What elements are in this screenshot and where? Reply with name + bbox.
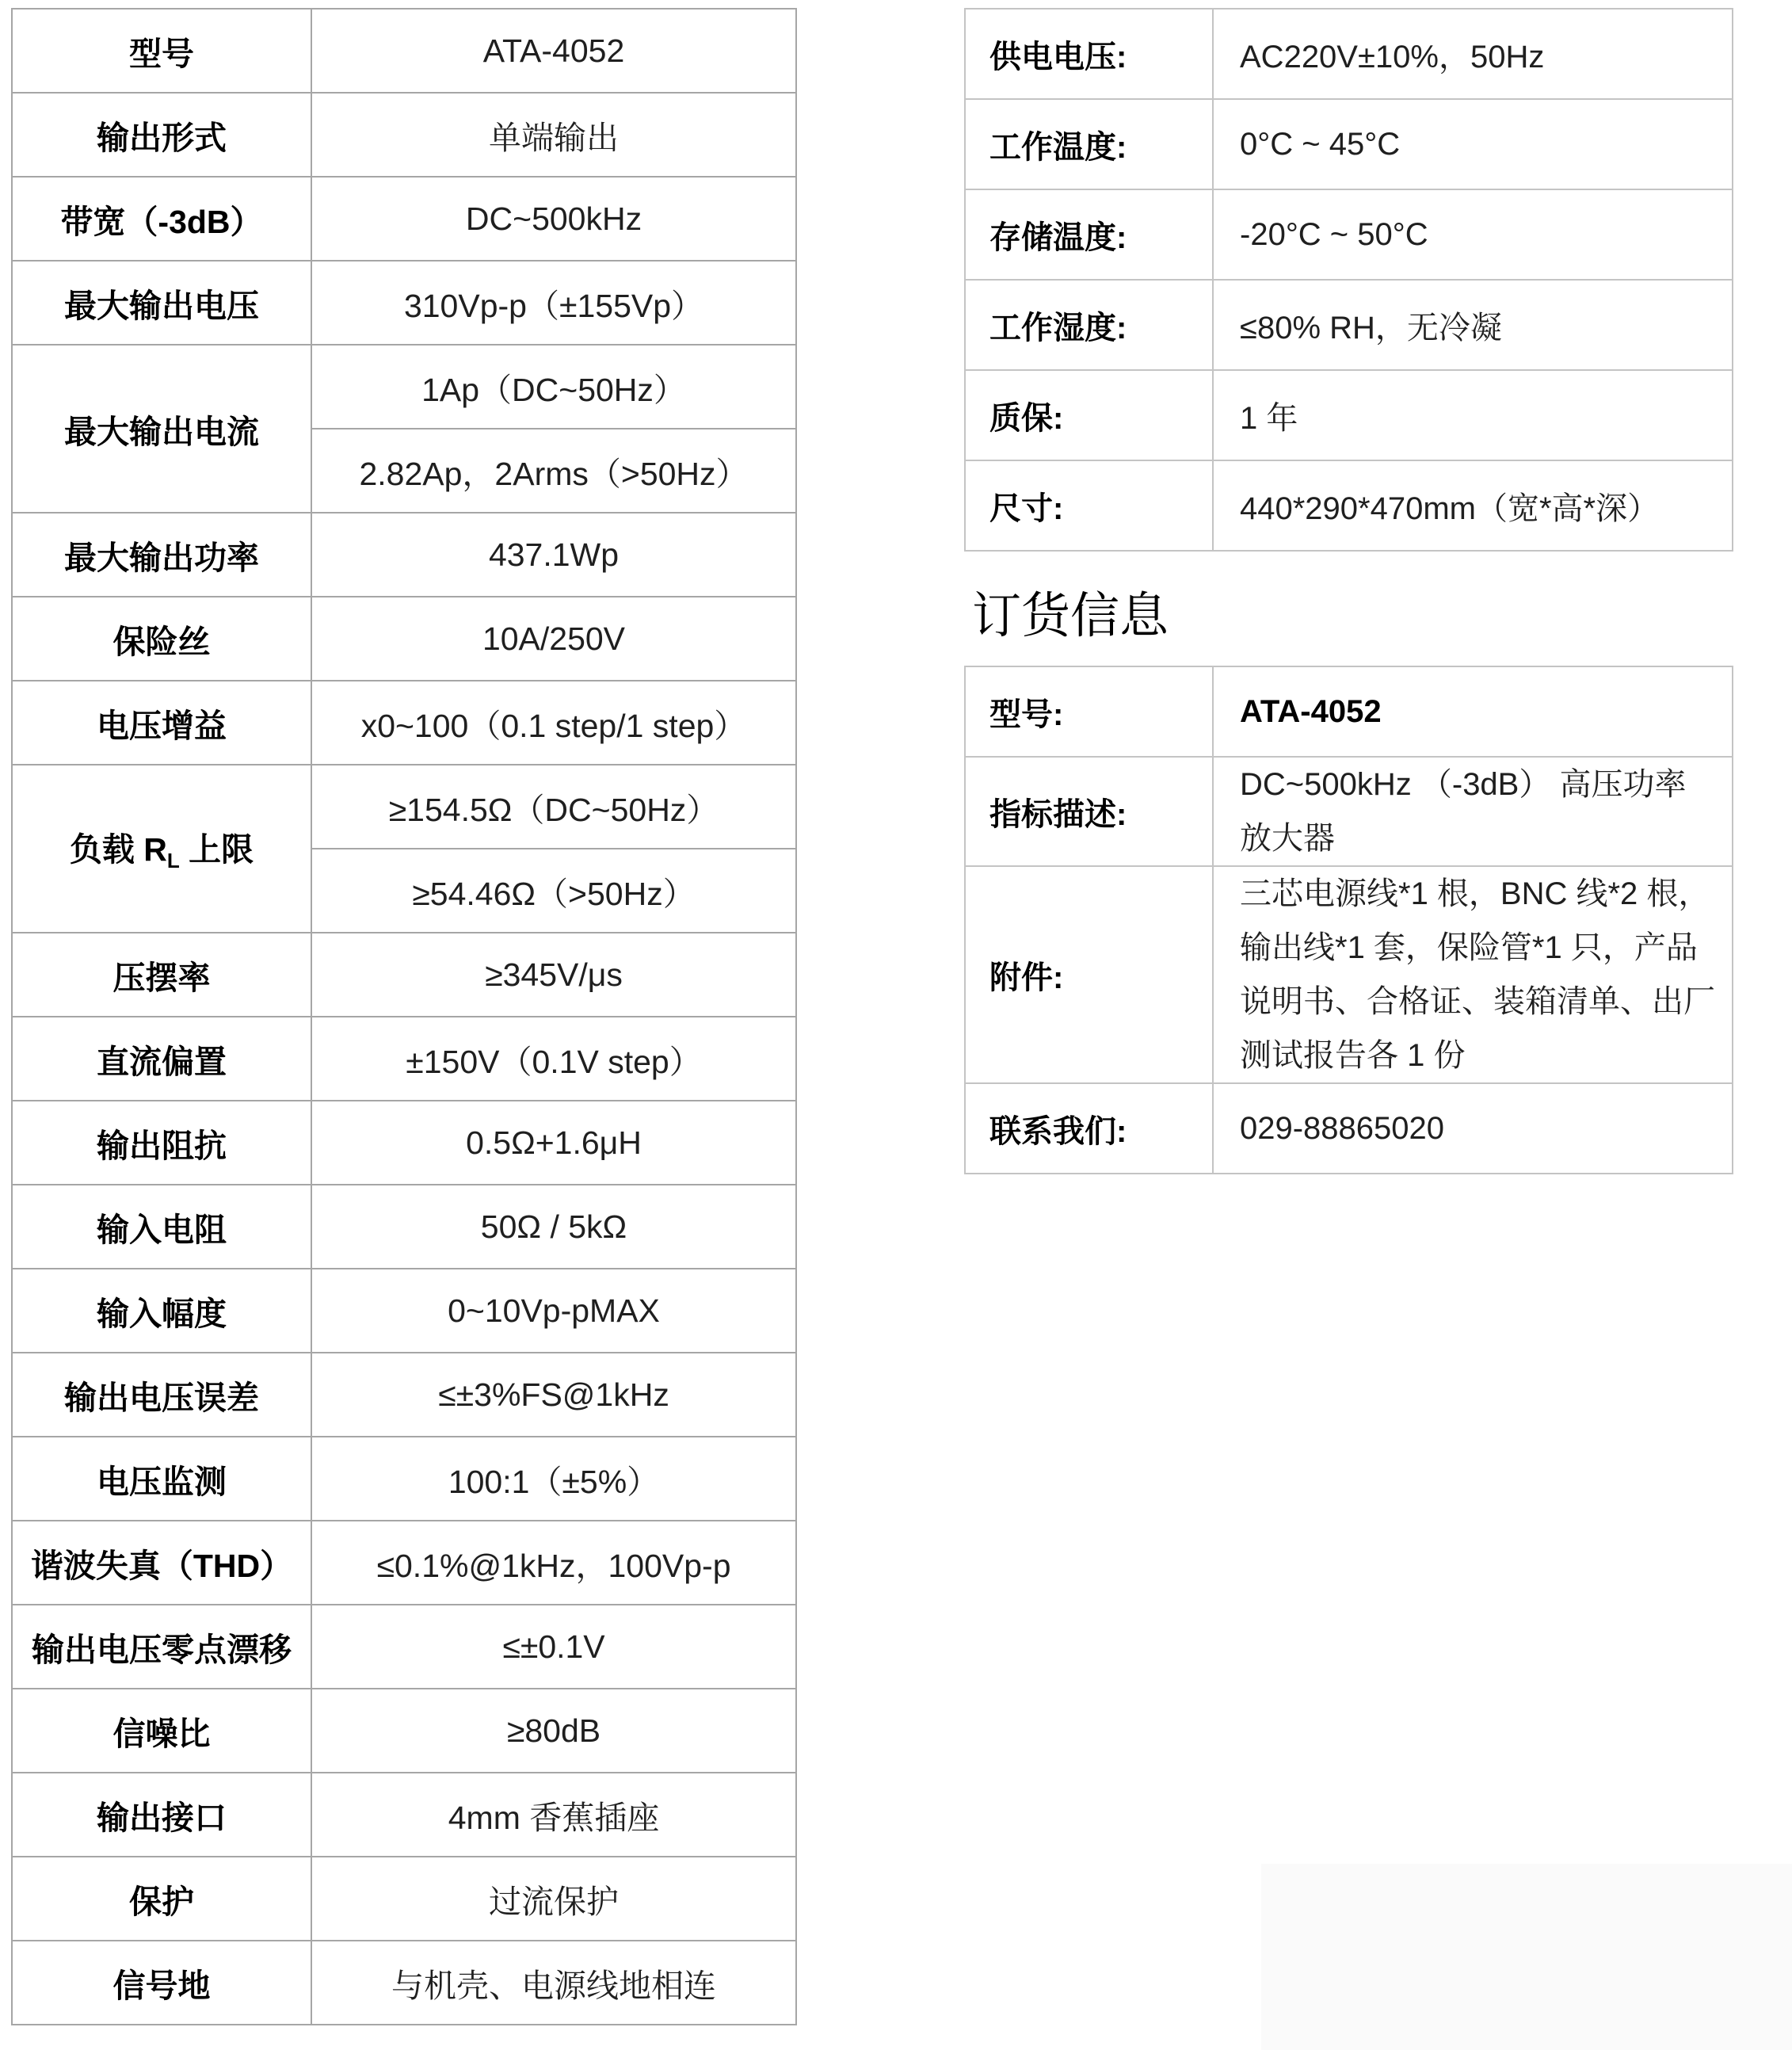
spec-value: 0~10Vp-pMAX bbox=[311, 1269, 796, 1353]
spec-label: 输入电阻 bbox=[12, 1185, 311, 1269]
env-table-body: 供电电压:AC220V±10%，50Hz工作温度:0°C ~ 45°C存储温度:… bbox=[965, 9, 1733, 551]
env-row: 供电电压:AC220V±10%，50Hz bbox=[965, 9, 1733, 99]
env-value: 1 年 bbox=[1213, 370, 1733, 460]
spec-label: 最大输出电压 bbox=[12, 261, 311, 345]
spec-label: 带宽（-3dB） bbox=[12, 177, 311, 261]
spec-value: 单端输出 bbox=[311, 93, 796, 177]
spec-row: 带宽（-3dB）DC~500kHz bbox=[12, 177, 796, 261]
spec-value: 100:1（±5%） bbox=[311, 1437, 796, 1521]
env-row: 工作温度:0°C ~ 45°C bbox=[965, 99, 1733, 189]
order-label: 附件: bbox=[965, 866, 1213, 1083]
spec-row: 输入电阻50Ω / 5kΩ bbox=[12, 1185, 796, 1269]
spec-table: 型号ATA-4052输出形式单端输出带宽（-3dB）DC~500kHz最大输出电… bbox=[11, 8, 797, 2025]
env-value: 0°C ~ 45°C bbox=[1213, 99, 1733, 189]
order-value: DC~500kHz （-3dB） 高压功率放大器 bbox=[1213, 757, 1733, 866]
order-label: 联系我们: bbox=[965, 1083, 1213, 1174]
spec-value: 2.82Ap，2Arms（>50Hz） bbox=[311, 429, 796, 513]
env-label: 存储温度: bbox=[965, 189, 1213, 280]
spec-value: 4mm 香蕉插座 bbox=[311, 1773, 796, 1857]
spec-value: 50Ω / 5kΩ bbox=[311, 1185, 796, 1269]
spec-row: 压摆率≥345V/μs bbox=[12, 933, 796, 1017]
order-value: 029-88865020 bbox=[1213, 1083, 1733, 1174]
spec-row: 输出阻抗0.5Ω+1.6μH bbox=[12, 1101, 796, 1185]
spec-row: 直流偏置±150V（0.1V step） bbox=[12, 1017, 796, 1101]
env-label: 质保: bbox=[965, 370, 1213, 460]
env-label: 工作湿度: bbox=[965, 280, 1213, 370]
order-row: 联系我们:029-88865020 bbox=[965, 1083, 1733, 1174]
order-row: 附件:三芯电源线*1 根，BNC 线*2 根，输出线*1 套，保险管*1 只，产… bbox=[965, 866, 1733, 1083]
spec-label: 输入幅度 bbox=[12, 1269, 311, 1353]
spec-value: 0.5Ω+1.6μH bbox=[311, 1101, 796, 1185]
order-info-heading: 订货信息 bbox=[972, 588, 1733, 645]
spec-label: 保险丝 bbox=[12, 597, 311, 681]
spec-value: 437.1Wp bbox=[311, 513, 796, 597]
spec-label: 电压增益 bbox=[12, 681, 311, 765]
spec-label: 谐波失真（THD） bbox=[12, 1521, 311, 1605]
spec-value: 310Vp-p（±155Vp） bbox=[311, 261, 796, 345]
spec-row: 最大输出电压310Vp-p（±155Vp） bbox=[12, 261, 796, 345]
spec-value: 过流保护 bbox=[311, 1857, 796, 1941]
spec-row: 输出形式单端输出 bbox=[12, 93, 796, 177]
spec-label: 输出接口 bbox=[12, 1773, 311, 1857]
spec-row: 电压增益x0~100（0.1 step/1 step） bbox=[12, 681, 796, 765]
spec-sheet-page: 型号ATA-4052输出形式单端输出带宽（-3dB）DC~500kHz最大输出电… bbox=[0, 0, 1792, 2050]
spec-label: 信噪比 bbox=[12, 1689, 311, 1773]
env-row: 工作湿度:≤80% RH，无冷凝 bbox=[965, 280, 1733, 370]
spec-row: 负载 RL 上限≥154.5Ω（DC~50Hz） bbox=[12, 765, 796, 849]
spec-row: 信号地与机壳、电源线地相连 bbox=[12, 1941, 796, 2025]
spec-label: 压摆率 bbox=[12, 933, 311, 1017]
env-label: 尺寸: bbox=[965, 460, 1213, 551]
spec-value: ≤±0.1V bbox=[311, 1605, 796, 1689]
spec-label: 最大输出功率 bbox=[12, 513, 311, 597]
env-value: AC220V±10%，50Hz bbox=[1213, 9, 1733, 99]
spec-value: ≥345V/μs bbox=[311, 933, 796, 1017]
spec-label: 最大输出电流 bbox=[12, 345, 311, 513]
spec-row: 最大输出电流1Ap（DC~50Hz） bbox=[12, 345, 796, 429]
spec-table-body: 型号ATA-4052输出形式单端输出带宽（-3dB）DC~500kHz最大输出电… bbox=[12, 9, 796, 2025]
env-value: -20°C ~ 50°C bbox=[1213, 189, 1733, 280]
order-table-body: 型号:ATA-4052指标描述:DC~500kHz （-3dB） 高压功率放大器… bbox=[965, 666, 1733, 1174]
spec-label: 保护 bbox=[12, 1857, 311, 1941]
env-value: ≤80% RH，无冷凝 bbox=[1213, 280, 1733, 370]
spec-label: 直流偏置 bbox=[12, 1017, 311, 1101]
spec-row: 最大输出功率437.1Wp bbox=[12, 513, 796, 597]
env-table: 供电电压:AC220V±10%，50Hz工作温度:0°C ~ 45°C存储温度:… bbox=[964, 8, 1733, 552]
env-label: 供电电压: bbox=[965, 9, 1213, 99]
spec-value: ≥54.46Ω（>50Hz） bbox=[311, 849, 796, 933]
spec-row: 输出电压误差≤±3%FS@1kHz bbox=[12, 1353, 796, 1437]
order-value: 三芯电源线*1 根，BNC 线*2 根，输出线*1 套，保险管*1 只，产品说明… bbox=[1213, 866, 1733, 1083]
spec-value: ≥80dB bbox=[311, 1689, 796, 1773]
spec-row: 保险丝10A/250V bbox=[12, 597, 796, 681]
spec-label: 输出电压误差 bbox=[12, 1353, 311, 1437]
spec-value: ATA-4052 bbox=[311, 9, 796, 93]
order-row: 指标描述:DC~500kHz （-3dB） 高压功率放大器 bbox=[965, 757, 1733, 866]
spec-row: 信噪比≥80dB bbox=[12, 1689, 796, 1773]
spec-row: 保护过流保护 bbox=[12, 1857, 796, 1941]
spec-value: ≤0.1%@1kHz，100Vp-p bbox=[311, 1521, 796, 1605]
spec-row: 谐波失真（THD）≤0.1%@1kHz，100Vp-p bbox=[12, 1521, 796, 1605]
spec-row: 输出接口4mm 香蕉插座 bbox=[12, 1773, 796, 1857]
spec-label: 负载 RL 上限 bbox=[12, 765, 311, 933]
env-row: 尺寸:440*290*470mm（宽*高*深） bbox=[965, 460, 1733, 551]
spec-label: 电压监测 bbox=[12, 1437, 311, 1521]
spec-value: DC~500kHz bbox=[311, 177, 796, 261]
env-label: 工作温度: bbox=[965, 99, 1213, 189]
env-row: 存储温度:-20°C ~ 50°C bbox=[965, 189, 1733, 280]
spec-value: x0~100（0.1 step/1 step） bbox=[311, 681, 796, 765]
spec-label: 输出电压零点漂移 bbox=[12, 1605, 311, 1689]
env-row: 质保:1 年 bbox=[965, 370, 1733, 460]
order-label: 指标描述: bbox=[965, 757, 1213, 866]
corner-panel bbox=[1261, 1864, 1792, 2050]
spec-value: ±150V（0.1V step） bbox=[311, 1017, 796, 1101]
spec-row: 型号ATA-4052 bbox=[12, 9, 796, 93]
spec-value: 10A/250V bbox=[311, 597, 796, 681]
order-label: 型号: bbox=[965, 666, 1213, 757]
order-value: ATA-4052 bbox=[1213, 666, 1733, 757]
spec-value: ≥154.5Ω（DC~50Hz） bbox=[311, 765, 796, 849]
right-column: 供电电压:AC220V±10%，50Hz工作温度:0°C ~ 45°C存储温度:… bbox=[964, 8, 1733, 1174]
env-value: 440*290*470mm（宽*高*深） bbox=[1213, 460, 1733, 551]
order-table: 型号:ATA-4052指标描述:DC~500kHz （-3dB） 高压功率放大器… bbox=[964, 666, 1733, 1174]
spec-label: 信号地 bbox=[12, 1941, 311, 2025]
spec-value: ≤±3%FS@1kHz bbox=[311, 1353, 796, 1437]
spec-label: 型号 bbox=[12, 9, 311, 93]
spec-value: 1Ap（DC~50Hz） bbox=[311, 345, 796, 429]
order-row: 型号:ATA-4052 bbox=[965, 666, 1733, 757]
spec-label: 输出阻抗 bbox=[12, 1101, 311, 1185]
spec-row: 电压监测100:1（±5%） bbox=[12, 1437, 796, 1521]
spec-row: 输出电压零点漂移≤±0.1V bbox=[12, 1605, 796, 1689]
spec-label: 输出形式 bbox=[12, 93, 311, 177]
spec-row: 输入幅度0~10Vp-pMAX bbox=[12, 1269, 796, 1353]
spec-value: 与机壳、电源线地相连 bbox=[311, 1941, 796, 2025]
